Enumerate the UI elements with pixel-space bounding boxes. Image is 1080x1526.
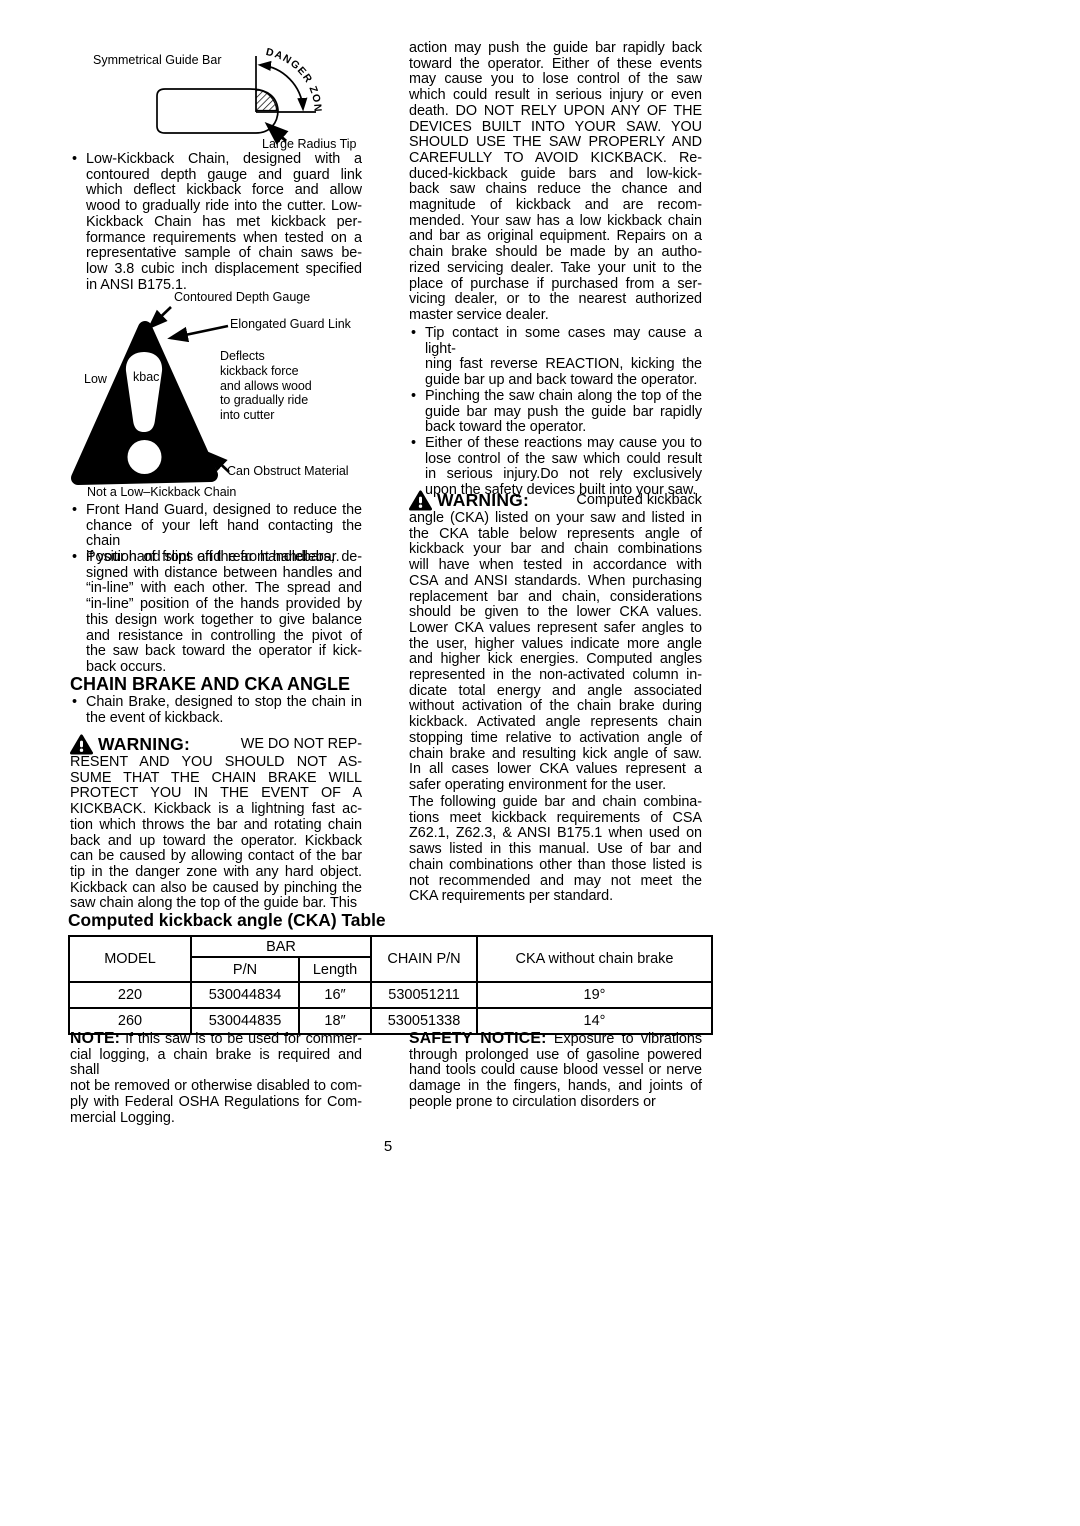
text-line: chance of your left hand contacting the … (86, 519, 362, 550)
text-line: Either of these reactions may cause you … (425, 436, 702, 452)
warning-header: WARNING: (70, 734, 190, 755)
text-line: guide bar up and back toward the operato… (425, 373, 702, 389)
chain-figure: Contoured Depth Gauge Elongated Guard Li… (70, 290, 380, 504)
warning-first-line: WE DO NOT REP- (241, 736, 362, 752)
safety-notice-label: SAFETY NOTICE: (409, 1030, 547, 1047)
text-line: guide bar may push the guide bar rapidly (425, 405, 702, 421)
text-line: toward the operator. Either of these eve… (409, 57, 702, 73)
text-line: can be caused by allowing contact of the… (70, 849, 362, 865)
text-line: CSA and ANSI standards. When purchasing (409, 574, 702, 590)
warning-label: WARNING: (437, 490, 529, 511)
note-label: NOTE: (70, 1030, 120, 1047)
text-line: magnitude of kickback and are recom- (409, 198, 702, 214)
cell-bar-pn: 530044834 (191, 982, 299, 1008)
guide-bar-figure: DANGER ZONE Symmetrical Guide Bar Large … (70, 48, 400, 158)
text-line: which deflect kickback force and allow (86, 183, 362, 199)
text-line: kickback force (220, 364, 350, 379)
page-number: 5 (70, 1138, 706, 1155)
bullet-text: Chain Brake, designed to stop the chain … (86, 695, 362, 726)
right-paragraph-1: action may push the guide bar rapidly ba… (409, 41, 702, 324)
text-line: and resistance in controlling the pivot … (86, 629, 362, 645)
bullet-text: Low-Kickback Chain, designed with aconto… (86, 152, 362, 293)
cka-table: MODEL BAR CHAIN P/N CKA without chain br… (68, 935, 713, 1035)
bullet-marker: • (70, 152, 86, 293)
warning-first-line: Computed kickback (576, 492, 702, 508)
text-line: to gradually ride (220, 393, 350, 408)
text-line: the user, higher values indicate more an… (409, 637, 702, 653)
elongated-guard-link-label: Elongated Guard Link (230, 318, 351, 332)
note-block: NOTE: If this saw is to be used for comm… (70, 1031, 362, 1126)
text-line: dicate total energy and angle associated (409, 684, 702, 700)
col-header-model: MODEL (69, 936, 191, 982)
text-line: kickback. Activated angle represents cha… (409, 715, 702, 731)
contoured-gauge-arrow (150, 307, 171, 327)
text-line: death. DO NOT RELY UPON ANY OF THE (409, 104, 702, 120)
text-line: “in-line” position of the hands provided… (86, 597, 362, 613)
text-line: signed with distance between handles and (86, 566, 362, 582)
text-line: tip in the danger zone with any hard obj… (70, 865, 362, 881)
text-line: PROTECT YOU IN THE EVENT OF A (70, 786, 362, 802)
text-line: through prolonged use of gasoline powere… (409, 1048, 702, 1064)
text-line: and allows wood (220, 379, 350, 394)
text-line: Pinching the saw chain along the top of … (425, 389, 702, 405)
text-line: should be given to the lower CKA values. (409, 605, 702, 621)
bullet-marker: • (409, 326, 425, 389)
handlebar-position-bullet: • Position of front and rear handlebars,… (70, 550, 362, 676)
can-obstruct-label: Can Obstruct Material (227, 465, 349, 479)
col-header-cka: CKA without chain brake (477, 936, 712, 982)
text-line: wood to gradually ride into the cutter. … (86, 199, 362, 215)
text-line: replacement bar and chain, consideration… (409, 590, 702, 606)
warning-block-right: WARNING: Computed kickback angle (CKA) l… (409, 489, 702, 794)
not-low-kickback-caption: Not a Low–Kickback Chain (87, 486, 236, 500)
text-line: angle (CKA) listed on your saw and liste… (409, 511, 702, 527)
text-line: damage in the fingers, hands, and joints… (409, 1079, 702, 1095)
text-line: chain brake should be made by an autho- (409, 245, 702, 261)
pinching-bullet: • Pinching the saw chain along the top o… (409, 389, 702, 436)
warning-triangle-icon (70, 734, 93, 755)
text-line: cial logging, a chain brake is required … (70, 1048, 362, 1079)
text-line: not be removed or otherwise disabled to … (70, 1079, 362, 1095)
text-line: Deflects (220, 349, 350, 364)
text-line: ply with Federal OSHA Regulations for Co… (70, 1095, 362, 1111)
text-line: The following guide bar and chain combin… (409, 795, 702, 811)
table-row: 220 530044834 16″ 530051211 19° (69, 982, 712, 1008)
bullet-marker: • (70, 550, 86, 676)
safety-first-line: Exposure to vibrations (554, 1031, 702, 1047)
deflects-label: Deflectskickback forceand allows woodto … (220, 349, 350, 423)
text-line: which could result in serious injury or … (409, 88, 702, 104)
cell-cka: 19° (477, 982, 712, 1008)
section-heading: CHAIN BRAKE AND CKA ANGLE (70, 675, 350, 694)
note-text: cial logging, a chain brake is required … (70, 1048, 362, 1127)
text-line: will have when tested in accordance with (409, 558, 702, 574)
text-line: vicing dealer, or to the nearest authori… (409, 292, 702, 308)
note-first-line: If this saw is to be used for commer- (125, 1031, 362, 1047)
text-line: Position of front and rear handlebars, d… (86, 550, 362, 566)
low-kickback-chain-bullet: • Low-Kickback Chain, designed with acon… (70, 152, 362, 293)
text-line: people prone to circulation disorders or (409, 1095, 702, 1111)
contoured-depth-gauge-label: Contoured Depth Gauge (174, 291, 310, 305)
text-line: without activation of the chain brake du… (409, 699, 702, 715)
col-header-length: Length (299, 957, 371, 982)
warning-block-left: WARNING: WE DO NOT REP- RESENT AND YOU S… (70, 733, 362, 912)
text-line: place of purchase if purchased from a se… (409, 277, 702, 293)
text-line: represented in the non-activated column … (409, 668, 702, 684)
right-paragraph-2: The following guide bar and chain combin… (409, 795, 702, 905)
text-line: back and up toward the operator. Kickbac… (70, 834, 362, 850)
text-line: DEVICES BUILT INTO YOUR SAW. YOU (409, 120, 702, 136)
warning-label: WARNING: (98, 734, 190, 755)
right-bullets: • Tip contact in some cases may cause a … (409, 326, 702, 499)
text-line: tions meet kickback requirements of CSA (409, 811, 702, 827)
bullet-text: Position of front and rear handlebars, d… (86, 550, 362, 676)
text-line: saws listed in this manual. Use of bar a… (409, 842, 702, 858)
warning-triangle-icon (409, 490, 432, 511)
text-line: CKA requirements per standard. (409, 889, 702, 905)
text-line: Z62.1, Z62.3, & ANSI B175.1 when used on (409, 826, 702, 842)
kickback-label-fragment: kbac (133, 371, 159, 385)
text-line: this design work together to give balanc… (86, 613, 362, 629)
text-line: mercial Logging. (70, 1111, 362, 1127)
bullet-text: Tip contact in some cases may cause a li… (425, 326, 702, 389)
text-line: stopping time relative to activation ang… (409, 731, 702, 747)
text-line: Low-Kickback Chain, designed with a (86, 152, 362, 168)
text-line: the event of kickback. (86, 711, 362, 727)
text-line: kickback your bar and chain combinations (409, 542, 702, 558)
safety-text: through prolonged use of gasoline powere… (409, 1048, 702, 1111)
text-line: tion which throws the bar and rotating c… (70, 818, 362, 834)
text-line: rized servicing dealer. Take your unit t… (409, 261, 702, 277)
text-line: the saw back toward the operator if kick… (86, 644, 362, 660)
bullet-text: Pinching the saw chain along the top of … (425, 389, 702, 436)
text-line: “in-line” with each other. The spread an… (86, 581, 362, 597)
text-line: In all cases lower CKA values represent … (409, 762, 702, 778)
text-line: representative sample of chain saws be- (86, 246, 362, 262)
warning-text: RESENT AND YOU SHOULD NOT AS-SUME THAT T… (70, 755, 362, 912)
text-line: chain brake and resulting kick angle of … (409, 747, 702, 763)
warning-header: WARNING: (409, 490, 529, 511)
text-line: and bar as original equipment. Repairs o… (409, 229, 702, 245)
low-kickback-label-fragment: Low (84, 373, 107, 387)
cell-chain-pn: 530051211 (371, 982, 477, 1008)
text-line: chain combinations other than those list… (409, 858, 702, 874)
safety-notice-block: SAFETY NOTICE: Exposure to vibrations th… (409, 1031, 702, 1111)
text-line: Tip contact in some cases may cause a li… (425, 326, 702, 357)
text-line: not recommended and may not meet the (409, 874, 702, 890)
text-line: ning fast reverse REACTION, kicking the (425, 357, 702, 373)
text-line: Chain Brake, designed to stop the chain … (86, 695, 362, 711)
text-line: back saw chains reduce the chance and (409, 182, 702, 198)
cell-length: 16″ (299, 982, 371, 1008)
guide-bar-title: Symmetrical Guide Bar (93, 54, 222, 68)
exclamation-dot (128, 440, 162, 474)
table-title: Computed kickback angle (CKA) Table (68, 911, 386, 929)
text-line: duced-kickback guide bars and low-kick- (409, 167, 702, 183)
text-line: hand tools could cause blood vessel or n… (409, 1063, 702, 1079)
text-line: RESENT AND YOU SHOULD NOT AS- (70, 755, 362, 771)
bullet-marker: • (70, 695, 86, 726)
warning-text: angle (CKA) listed on your saw and liste… (409, 511, 702, 794)
text-line: master service dealer. (409, 308, 702, 324)
large-radius-tip-label: Large Radius Tip (262, 138, 357, 152)
guard-link-arrow (171, 326, 228, 338)
text-line: may cause you to lose control of the saw (409, 72, 702, 88)
text-line: safer operating environment for the user… (409, 778, 702, 794)
danger-tip-hatched-area (256, 90, 277, 111)
text-line: back toward the operator. (425, 420, 702, 436)
col-header-chain-pn: CHAIN P/N (371, 936, 477, 982)
text-line: action may push the guide bar rapidly ba… (409, 41, 702, 57)
text-line: mended. Your saw has a low kickback chai… (409, 214, 702, 230)
text-line: in serious injury.Do not rely exclusivel… (425, 467, 702, 483)
text-line: low 3.8 cubic inch displacement specifie… (86, 262, 362, 278)
text-line: Kickback Chain has met kickback per- (86, 215, 362, 231)
text-line: Front Hand Guard, designed to reduce the (86, 503, 362, 519)
text-line: contoured depth gauge and guard link (86, 168, 362, 184)
text-line: lose control of the saw which could resu… (425, 452, 702, 468)
cell-model: 220 (69, 982, 191, 1008)
chain-brake-bullet: • Chain Brake, designed to stop the chai… (70, 695, 362, 726)
text-line: formance requirements when tested on a (86, 231, 362, 247)
text-line: into cutter (220, 408, 350, 423)
text-line: KICKBACK. Kickback is a lightning fast a… (70, 802, 362, 818)
tip-contact-bullet: • Tip contact in some cases may cause a … (409, 326, 702, 389)
text-line: SUME THAT THE CHAIN BRAKE WILL (70, 771, 362, 787)
text-line: the CKA table below represents angle of (409, 527, 702, 543)
manual-page: DANGER ZONE Symmetrical Guide Bar Large … (0, 0, 1080, 1526)
text-line: CAREFULLY TO AVOID KICKBACK. Re- (409, 151, 702, 167)
text-line: Kickback can also be caused by pinching … (70, 881, 362, 897)
col-header-pn: P/N (191, 957, 299, 982)
col-header-bar: BAR (191, 936, 371, 957)
text-line: SHOULD USE THE SAW PROPERLY AND (409, 135, 702, 151)
text-line: and higher kick energies. Computed angle… (409, 652, 702, 668)
bullet-marker: • (409, 389, 425, 436)
text-line: Lower CKA values represent safer angles … (409, 621, 702, 637)
